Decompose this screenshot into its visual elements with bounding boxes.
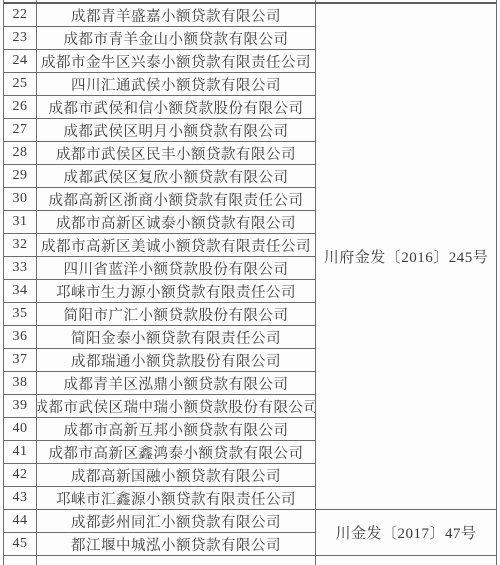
row-number-cell: 37 [4, 349, 37, 372]
company-name-cell: 成都市高新区美诚小额贷款有限责任公司 [37, 234, 316, 257]
company-name-cell: 成都青羊盛嘉小额贷款有限公司 [37, 4, 316, 27]
company-name-cell: 成都市金牛区兴泰小额贷款有限责任公司 [37, 50, 316, 73]
company-name-cell: 邛崃市汇鑫源小额贷款有限责任公司 [37, 487, 316, 510]
company-name-cell: 简阳金泰小额贷款有限责任公司 [37, 326, 316, 349]
company-name-cell: 邛崃市生力源小额贷款有限责任公司 [37, 280, 316, 303]
row-number-cell: 32 [4, 234, 37, 257]
table-row-partial-bottom-name-cell [37, 556, 316, 565]
row-number-cell: 27 [4, 119, 37, 142]
row-number-cell: 41 [4, 441, 37, 464]
doc-reference-group-2: 川金发〔2017〕47号 [316, 510, 497, 556]
row-number-cell: 26 [4, 96, 37, 119]
company-name-cell: 成都市青羊金山小额贷款有限公司 [37, 27, 316, 50]
row-number-cell: 34 [4, 280, 37, 303]
row-number-cell: 30 [4, 188, 37, 211]
company-name-cell: 成都武侯区明月小额贷款有限公司 [37, 119, 316, 142]
row-number-cell: 45 [4, 533, 37, 556]
company-name-cell: 成都市高新互邦小额贷款有限公司 [37, 418, 316, 441]
row-number-cell: 29 [4, 165, 37, 188]
company-name-cell: 成都青羊区泓鼎小额贷款有限公司 [37, 372, 316, 395]
company-name-cell: 简阳市广汇小额贷款股份有限公司 [37, 303, 316, 326]
row-number-cell: 42 [4, 464, 37, 487]
row-number-cell: 22 [4, 4, 37, 27]
row-number-cell: 36 [4, 326, 37, 349]
document-page: 川府金发〔2016〕245号 川金发〔2017〕47号 22成都青羊盛嘉小额贷款… [0, 0, 500, 565]
row-number-cell: 39 [4, 395, 37, 418]
company-name-cell: 成都高新区浙商小额贷款有限责任公司 [37, 188, 316, 211]
company-name-cell: 成都武侯区复欣小额贷款有限公司 [37, 165, 316, 188]
company-name-cell: 都江堰中城泓小额贷款有限公司 [37, 533, 316, 556]
row-number-cell: 31 [4, 211, 37, 234]
company-name-cell: 成都市武侯区瑞中瑞小额贷款股份有限公司 [37, 395, 316, 418]
row-number-cell: 40 [4, 418, 37, 441]
license-table: 川府金发〔2016〕245号 川金发〔2017〕47号 22成都青羊盛嘉小额贷款… [3, 0, 497, 565]
company-name-cell: 四川省蓝洋小额贷款股份有限公司 [37, 257, 316, 280]
row-number-cell: 28 [4, 142, 37, 165]
row-number-cell: 35 [4, 303, 37, 326]
row-number-cell: 38 [4, 372, 37, 395]
row-number-cell: 33 [4, 257, 37, 280]
row-number-cell: 24 [4, 50, 37, 73]
row-number-cell: 43 [4, 487, 37, 510]
row-number-cell: 23 [4, 27, 37, 50]
company-name-cell: 成都市武侯区民丰小额贷款有限公司 [37, 142, 316, 165]
doc-reference-group-1: 川府金发〔2016〕245号 [316, 4, 497, 510]
company-name-cell: 成都市高新区诚泰小额贷款有限公司 [37, 211, 316, 234]
company-name-cell: 四川汇通武侯小额贷款有限公司 [37, 73, 316, 96]
company-name-cell: 成都市高新区鑫鸿泰小额贷款有限公司 [37, 441, 316, 464]
company-name-cell: 成都市武侯和信小额贷款股份有限公司 [37, 96, 316, 119]
row-number-cell: 44 [4, 510, 37, 533]
row-number-cell: 25 [4, 73, 37, 96]
table-row-partial-bottom-number-cell [4, 556, 37, 565]
company-name-cell: 成都高新国融小额贷款有限公司 [37, 464, 316, 487]
company-name-cell: 成都瑞通小额贷款股份有限公司 [37, 349, 316, 372]
table-row-partial-bottom-doc-cell [316, 556, 497, 565]
company-name-cell: 成都彭州同汇小额贷款有限公司 [37, 510, 316, 533]
